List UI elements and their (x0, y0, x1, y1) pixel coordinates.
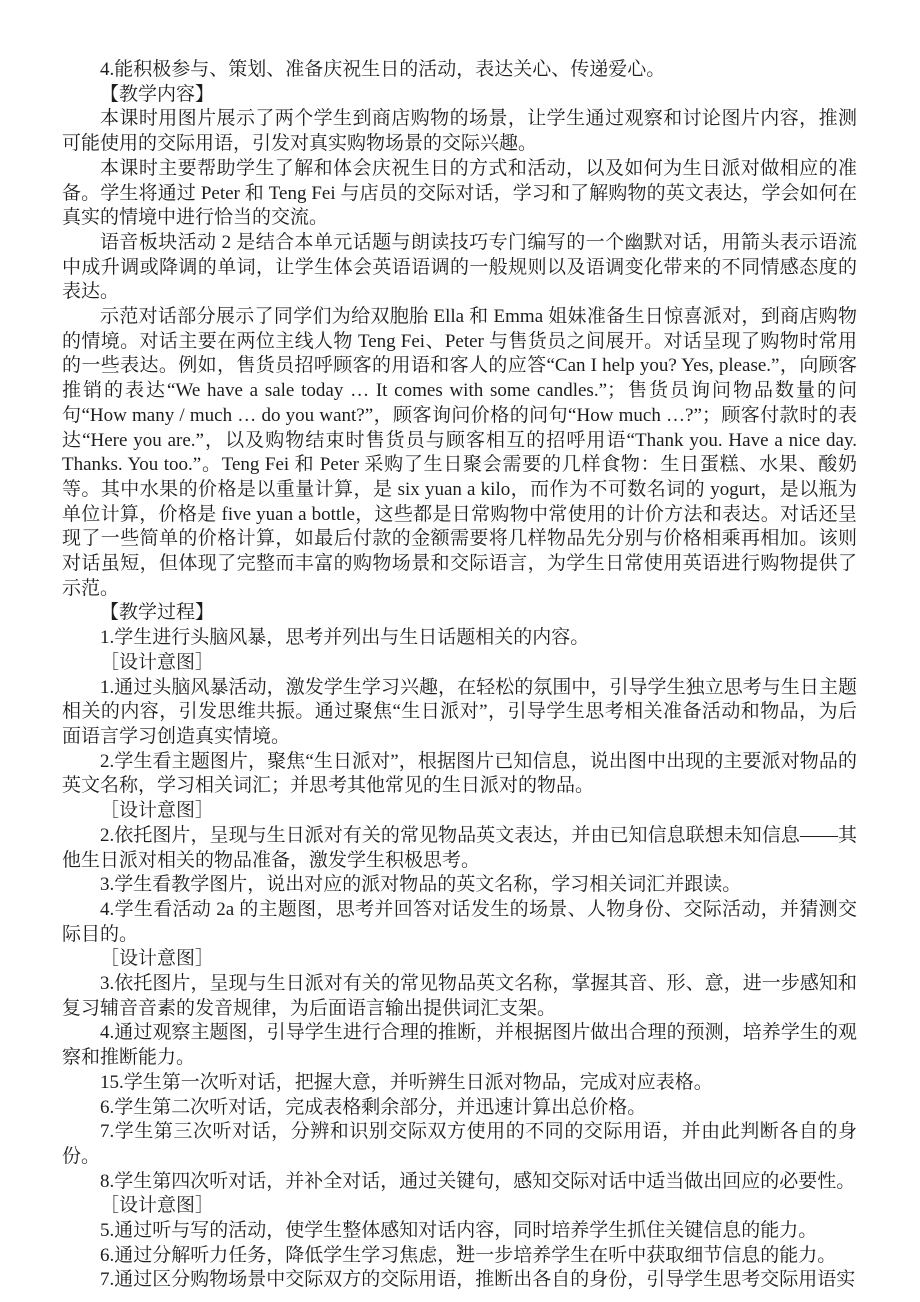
paragraph: 1.学生进行头脑风暴，思考并列出与生日话题相关的内容。 (62, 626, 857, 651)
design-intent-label: ［设计意图］ (62, 1194, 857, 1219)
paragraph: 7.学生第三次听对话，分辨和识别交际双方使用的不同的交际用语，并由此判断各自的身… (62, 1120, 857, 1169)
document-page: 4.能积极参与、策划、准备庆祝生日的活动，表达关心、传递爱心。 【教学内容】 本… (0, 0, 920, 1302)
paragraph: 本课时用图片展示了两个学生到商店购物的场景，让学生通过观察和讨论图片内容，推测可… (62, 107, 857, 156)
paragraph: 15.学生第一次听对话，把握大意，并听辨生日派对物品，完成对应表格。 (62, 1071, 857, 1096)
paragraph: 语音板块活动 2 是结合本单元话题与朗读技巧专门编写的一个幽默对话，用箭头表示语… (62, 231, 857, 305)
paragraph: 8.学生第四次听对话，并补全对话，通过关键句，感知交际对话中适当做出回应的必要性… (62, 1170, 857, 1195)
paragraph: 3.依托图片，呈现与生日派对有关的常见物品英文名称，掌握其音、形、意，进一步感知… (62, 972, 857, 1021)
paragraph: 2.依托图片，呈现与生日派对有关的常见物品英文表达，并由已知信息联想未知信息——… (62, 824, 857, 873)
paragraph: 3.学生看教学图片，说出对应的派对物品的英文名称，学习相关词汇并跟读。 (62, 873, 857, 898)
paragraph: 1.通过头脑风暴活动，激发学生学习兴趣，在轻松的氛围中，引导学生独立思考与生日主… (62, 676, 857, 750)
paragraph: 5.通过听与写的活动，使学生整体感知对话内容，同时培养学生抓住关键信息的能力。 (62, 1219, 857, 1244)
paragraph: 4.能积极参与、策划、准备庆祝生日的活动，表达关心、传递爱心。 (62, 58, 857, 83)
document-body: 4.能积极参与、策划、准备庆祝生日的活动，表达关心、传递爱心。 【教学内容】 本… (62, 58, 857, 1293)
page-number: 3 (0, 1242, 920, 1259)
paragraph: 4.学生看活动 2a 的主题图，思考并回答对话发生的场景、人物身份、交际活动，并… (62, 898, 857, 947)
design-intent-label: ［设计意图］ (62, 651, 857, 676)
design-intent-label: ［设计意图］ (62, 947, 857, 972)
design-intent-label: ［设计意图］ (62, 799, 857, 824)
paragraph: 2.学生看主题图片，聚焦“生日派对”，根据图片已知信息，说出图中出现的主要派对物… (62, 750, 857, 799)
section-heading-teaching-content: 【教学内容】 (62, 83, 857, 108)
paragraph: 本课时主要帮助学生了解和体会庆祝生日的方式和活动，以及如何为生日派对做相应的准备… (62, 157, 857, 231)
paragraph: 示范对话部分展示了同学们为给双胞胎 Ella 和 Emma 姐妹准备生日惊喜派对… (62, 305, 857, 601)
paragraph: 6.学生第二次听对话，完成表格剩余部分，并迅速计算出总价格。 (62, 1096, 857, 1121)
paragraph: 4.通过观察主题图，引导学生进行合理的推断，并根据图片做出合理的预测，培养学生的… (62, 1021, 857, 1070)
section-heading-teaching-process: 【教学过程】 (62, 601, 857, 626)
paragraph: 7.通过区分购物场景中交际双方的交际用语，推断出各自的身份，引导学生思考交际用语… (62, 1268, 857, 1293)
